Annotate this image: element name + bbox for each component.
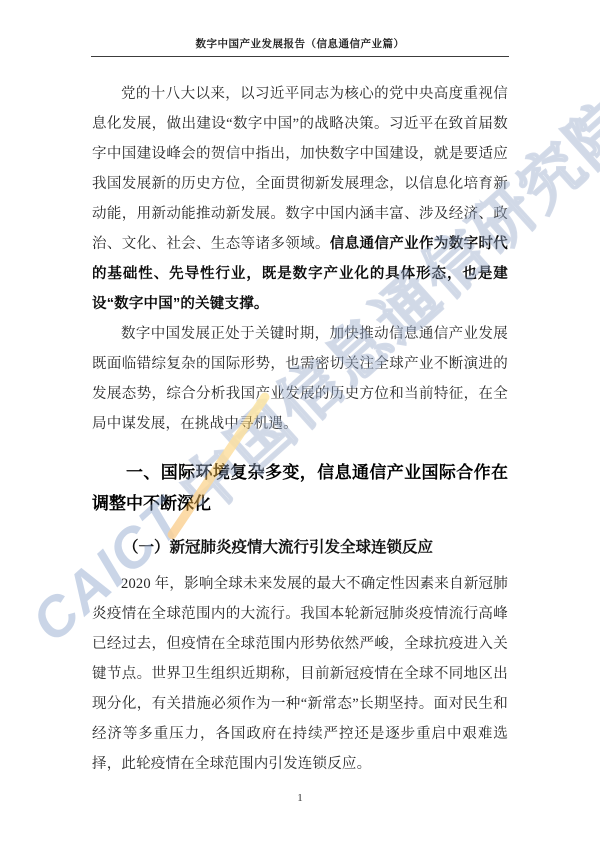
section-heading-1: 一、国际环境复杂多变，信息通信产业国际合作在调整中不断深化: [92, 457, 508, 519]
paragraph-3: 2020 年，影响全球未来发展的最大不确定性因素来自新冠肺炎疫情在全球范围内的大…: [92, 569, 508, 779]
page-number: 1: [0, 792, 600, 804]
document-body: 党的十八大以来，以习近平同志为核心的党中央高度重视信息化发展，做出建设“数字中国…: [92, 79, 508, 779]
running-header: 数字中国产业发展报告（信息通信产业篇）: [91, 38, 509, 57]
document-page: CAICT 中国信息通信研究院 数字中国产业发展报告（信息通信产业篇） 党的十八…: [0, 0, 600, 848]
subsection-heading-1-1: （一）新冠肺炎疫情大流行引发全球连锁反应: [92, 533, 508, 563]
header-rule: [91, 56, 509, 57]
paragraph-2: 数字中国发展正处于关键时期，加快推动信息通信产业发展既面临错综复杂的国际形势，也…: [92, 319, 508, 439]
paragraph-intro-normal-text: 党的十八大以来，以习近平同志为核心的党中央高度重视信息化发展，做出建设“数字中国…: [92, 86, 508, 252]
running-header-title: 数字中国产业发展报告（信息通信产业篇）: [91, 38, 509, 52]
paragraph-intro: 党的十八大以来，以习近平同志为核心的党中央高度重视信息化发展，做出建设“数字中国…: [92, 79, 508, 319]
